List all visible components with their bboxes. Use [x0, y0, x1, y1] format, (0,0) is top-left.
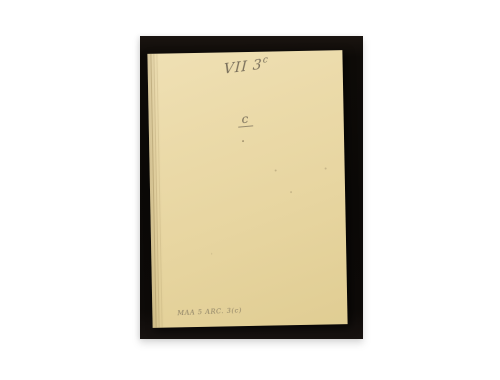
photo-background: VII3c c MAA 5 ARC. 3(c)	[0, 0, 500, 380]
paper-speck	[275, 169, 277, 171]
shelfmark-number: 3	[252, 57, 263, 74]
shelfmark-top: VII3c	[223, 55, 269, 77]
center-letter-mark: c	[237, 113, 253, 127]
shelfmark-superscript: c	[263, 55, 270, 66]
paper-speck	[325, 167, 327, 169]
bottom-pencil-note: MAA 5 ARC. 3(c)	[177, 306, 242, 317]
document-cover: VII3c c MAA 5 ARC. 3(c)	[147, 50, 347, 328]
paper-speck	[211, 253, 212, 255]
shelfmark-roman-numeral: VII	[223, 58, 248, 77]
paper-speck	[290, 191, 292, 193]
pencil-dot	[242, 140, 244, 142]
